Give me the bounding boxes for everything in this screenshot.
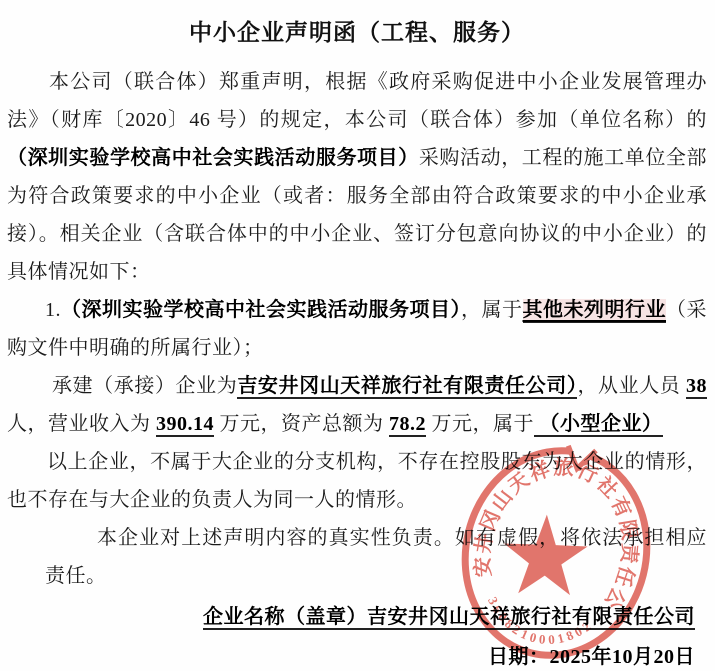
big-enterprise-paragraph: 以上企业，不属于大企业的分支机构，不存在控股股东为大企业的情形，也不存在与大企业… [7,443,707,519]
industry-paragraph: 1.（深圳实验学校高中社会实践活动服务项目），属于其他未列明行业（采购文件中明确… [7,291,707,367]
text-segment: （深圳实验学校高中社会实践活动服务项目） [7,147,419,169]
text-segment: ，属于 [461,299,523,321]
text-segment: 78.2 [389,413,426,437]
commitment-paragraph: 本企业对上述声明内容的真实性负责。如有虚假，将依法承担相应责任。 [7,519,707,595]
signature-block: 企业名称（盖章）吉安井冈山天祥旅行社有限责任公司 日期：2025年10月20日 [7,597,707,671]
document-title: 中小企业声明函（工程、服务） [7,14,707,47]
text-segment: 承建（承接）企业为 [52,375,237,397]
text-segment: 1. [45,299,61,321]
text-segment: ，从业人员 [577,375,686,397]
text-segment: 以上企业，不属于大企业的分支机构，不存在控股股东为大企业的情形，也不存在与大企业… [7,451,707,511]
text-segment: 人，营业收入为 [7,413,156,435]
company-seal-label: 企业名称（盖章） [203,606,367,630]
date-label: 日期： [488,646,550,668]
document-page: 中小企业声明函（工程、服务） 本公司（联合体）郑重声明，根据《政府采购促进中小企… [0,0,715,671]
text-segment: 其他未列明行业 [523,299,667,323]
text-segment: 万元，资产总额为 [214,413,389,435]
text-segment: 390.14 [156,413,214,437]
company-info-paragraph: 承建（承接）企业为吉安井冈山天祥旅行社有限责任公司），从业人员 38 人，营业收… [7,367,707,443]
declaration-paragraph: 本公司（联合体）郑重声明，根据《政府采购促进中小企业发展管理办法》（财库〔202… [7,63,707,291]
text-segment: 本企业对上述声明内容的真实性负责。如有虚假，将依法承担相应责任。 [45,527,707,587]
company-name: 吉安井冈山天祥旅行社有限责任公司 [367,606,695,630]
text-segment: 38 [686,375,707,399]
company-name-line: 企业名称（盖章）吉安井冈山天祥旅行社有限责任公司 [7,597,695,637]
text-segment: （小型企业） [534,413,663,437]
text-segment: 吉安井冈山天祥旅行社有限责任公司） [237,375,577,399]
date-line: 日期：2025年10月20日 [7,637,695,671]
date-value: 2025年10月20日 [550,646,696,668]
text-segment: 万元，属于 [426,413,534,435]
text-segment: （深圳实验学校高中社会实践活动服务项目） [61,299,461,321]
text-segment: 本公司（联合体）郑重声明，根据《政府采购促进中小企业发展管理办法》（财库〔202… [7,71,707,131]
